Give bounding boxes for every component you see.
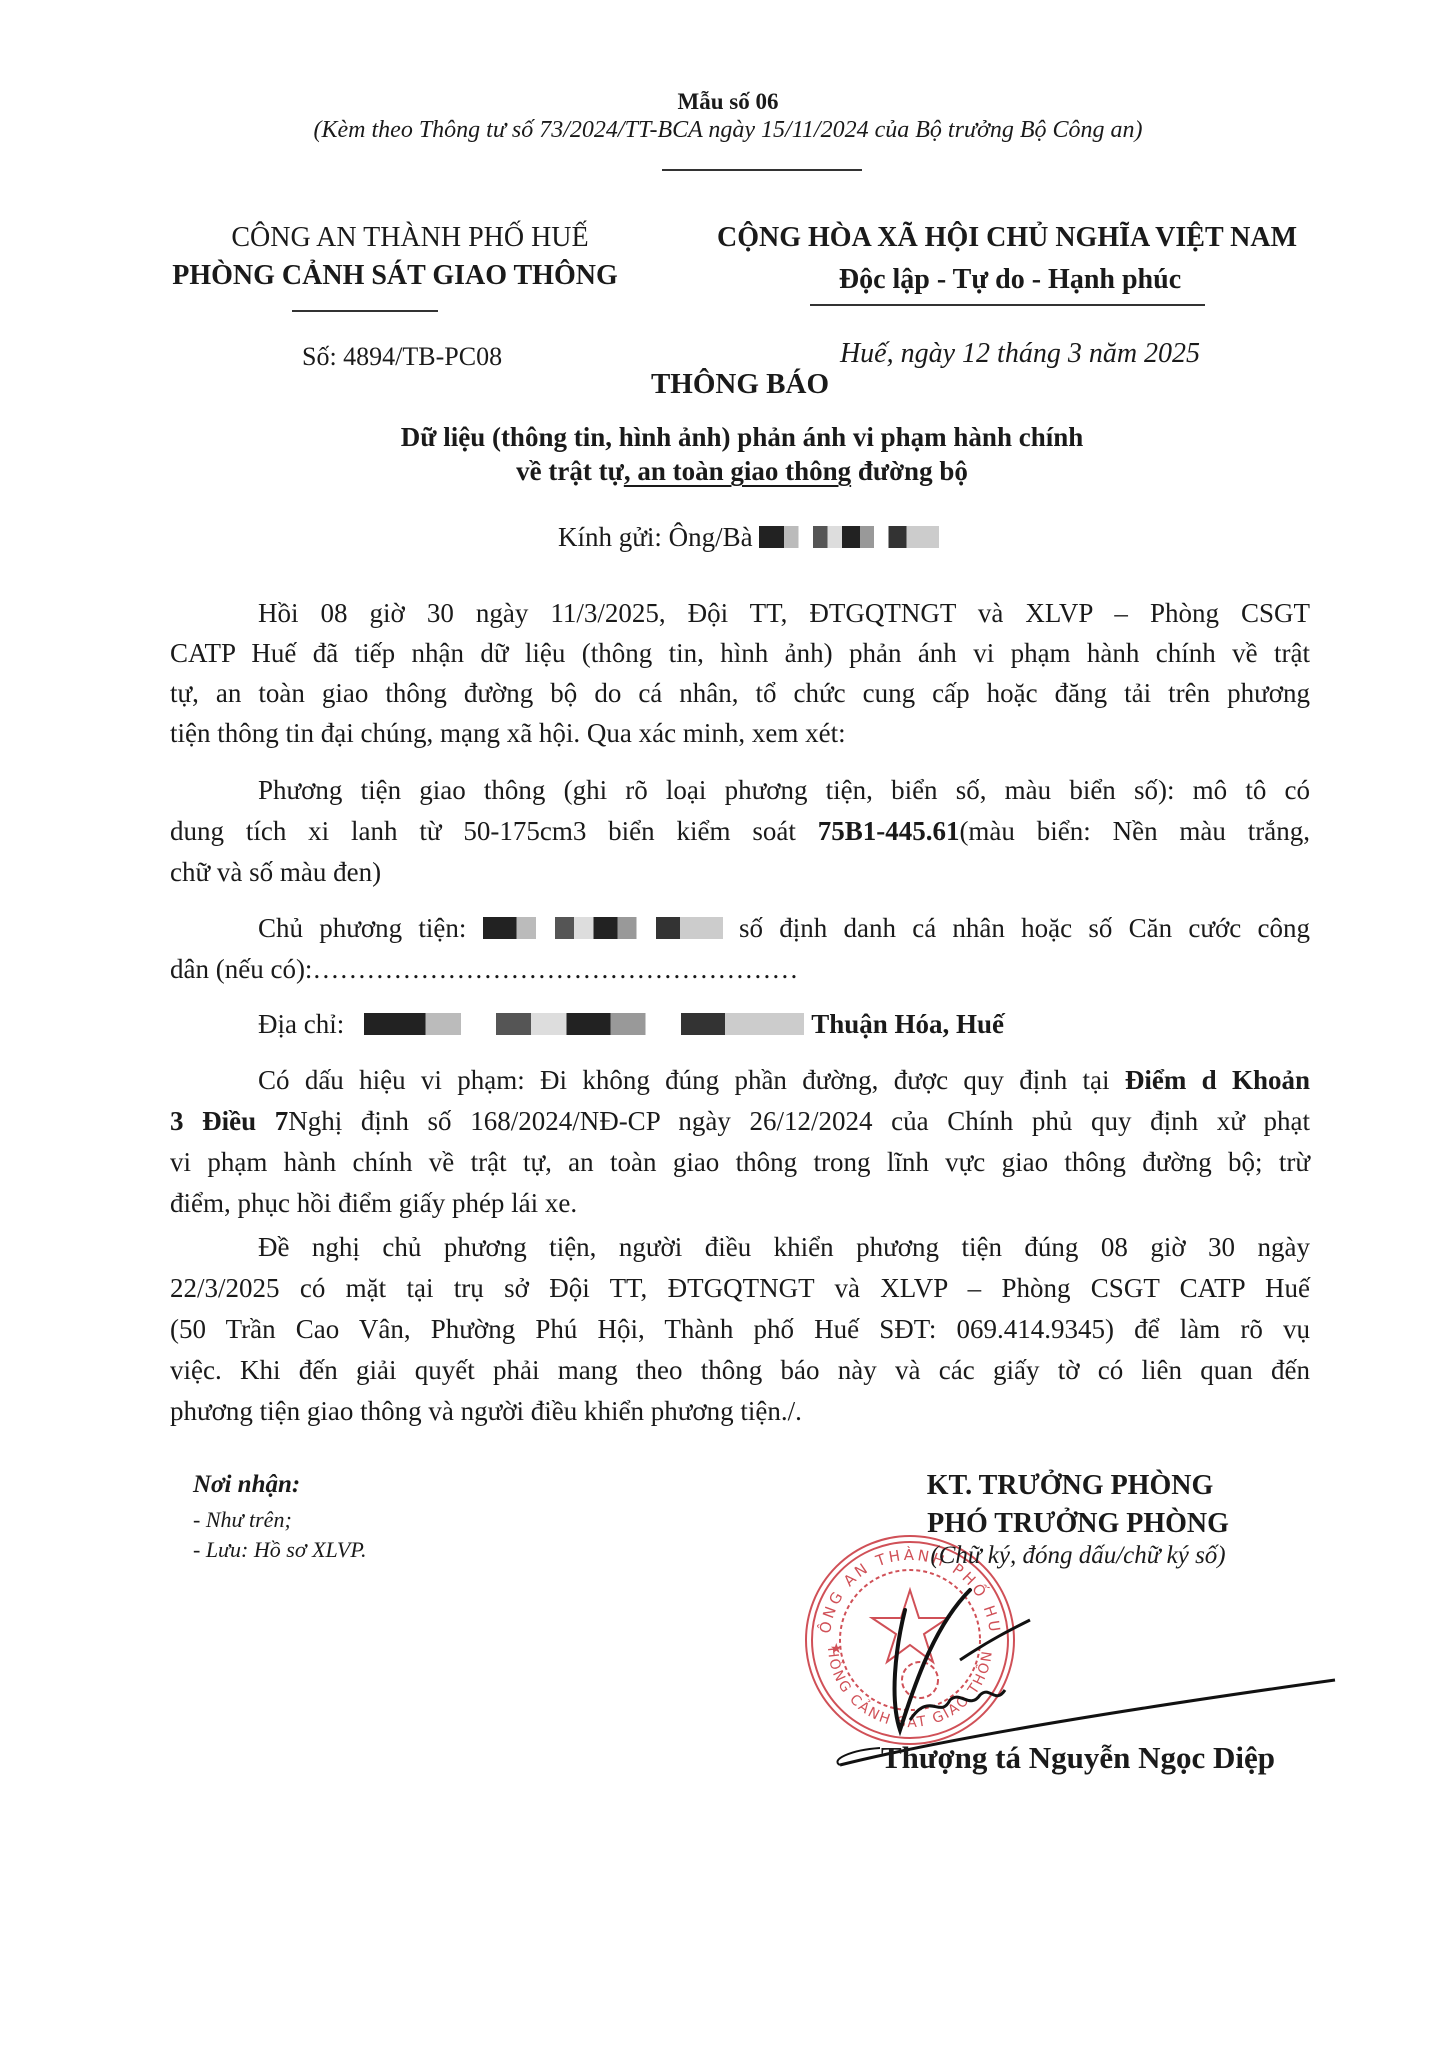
p3-line1: Chủ phương tiện: số định danh cá nhân ho… xyxy=(258,915,1310,942)
signer-position: PHÓ TRƯỞNG PHÒNG xyxy=(927,1510,1229,1538)
violation-text: Có dấu hiệu vi phạm: Đi không đúng phần … xyxy=(258,1065,1125,1095)
address-city: Thuận Hóa, Huế xyxy=(811,1009,1004,1039)
redacted-address xyxy=(364,1013,804,1035)
decree-text: Nghị định số 168/2024/NĐ-CP ngày 26/12/2… xyxy=(288,1106,1310,1136)
owner-id-label: số định danh cá nhân hoặc số Căn cước cô… xyxy=(739,913,1310,943)
motto-divider xyxy=(810,304,1205,306)
p5-line2: 3 Điều 7Nghị định số 168/2024/NĐ-CP ngày… xyxy=(170,1108,1310,1135)
violation-article: 3 Điều 7 xyxy=(170,1106,288,1136)
notice-subtitle-line2: về trật tự, an toàn giao thông đường bộ xyxy=(516,458,968,485)
p1-line4: tiện thông tin đại chúng, mạng xã hội. Q… xyxy=(170,720,1310,747)
signature-note: (Chữ ký, đóng dấu/chữ ký số) xyxy=(930,1543,1225,1568)
p2-text: dung tích xi lanh từ 50-175cm3 biển kiểm… xyxy=(170,816,818,846)
signer-authority: KT. TRƯỞNG PHÒNG xyxy=(927,1472,1214,1500)
p6-line5: phương tiện giao thông và người điều khi… xyxy=(170,1398,1310,1425)
p2-line3: chữ và số màu đen) xyxy=(170,859,1310,886)
p6-line2: 22/3/2025 có mặt tại trụ sở Đội TT, ĐTGQ… xyxy=(170,1275,1310,1302)
notice-subtitle-line1: Dữ liệu (thông tin, hình ảnh) phản ánh v… xyxy=(401,424,1084,451)
place-date: Huế, ngày 12 tháng 3 năm 2025 xyxy=(840,340,1200,368)
subtitle-pre: về trật tự xyxy=(516,456,624,486)
redacted-owner-name xyxy=(483,917,723,939)
agency-parent: CÔNG AN THÀNH PHỐ HUẾ xyxy=(231,224,588,252)
agency-divider xyxy=(292,310,438,312)
p6-line4: việc. Khi đến giải quyết phải mang theo … xyxy=(170,1357,1310,1384)
p2-line2: dung tích xi lanh từ 50-175cm3 biển kiểm… xyxy=(170,818,1310,845)
p5-line4: điểm, phục hồi điểm giấy phép lái xe. xyxy=(170,1190,1310,1217)
p5-line1: Có dấu hiệu vi phạm: Đi không đúng phần … xyxy=(258,1067,1310,1094)
redacted-recipient-name xyxy=(759,526,939,548)
p1-line3: tự, an toàn giao thông đường bộ do cá nh… xyxy=(170,680,1310,707)
recipients-title: Nơi nhận: xyxy=(193,1472,300,1497)
p1-line1: Hồi 08 giờ 30 ngày 11/3/2025, Đội TT, ĐT… xyxy=(258,600,1310,627)
violation-clause: Điểm d Khoản xyxy=(1125,1065,1310,1095)
signer-name: Thượng tá Nguyễn Ngọc Diệp xyxy=(881,1742,1275,1773)
agency-name: PHÒNG CẢNH SÁT GIAO THÔNG xyxy=(172,262,617,290)
doc-number: Số: 4894/TB-PC08 xyxy=(302,344,502,370)
p5-line3: vi phạm hành chính về trật tự, an toàn g… xyxy=(170,1149,1310,1176)
form-number: Mẫu số 06 xyxy=(678,90,779,113)
recipient-label: Kính gửi: Ông/Bà xyxy=(558,522,753,552)
form-divider xyxy=(662,169,862,171)
p4-line1: Địa chỉ: Thuận Hóa, Huế xyxy=(258,1011,1310,1038)
p2-line1: Phương tiện giao thông (ghi rõ loại phươ… xyxy=(258,777,1310,804)
license-plate: 75B1-445.61 xyxy=(818,816,960,846)
recipient-line: Kính gửi: Ông/Bà xyxy=(558,524,939,551)
p6-line3: (50 Trần Cao Vân, Phường Phú Hội, Thành … xyxy=(170,1316,1310,1343)
country-name: CỘNG HÒA XÃ HỘI CHỦ NGHĨA VIỆT NAM xyxy=(717,224,1297,252)
address-label: Địa chỉ: xyxy=(258,1009,344,1039)
recipient-item: - Lưu: Hồ sơ XLVP. xyxy=(193,1539,366,1561)
p6-line1: Đề nghị chủ phương tiện, người điều khiể… xyxy=(258,1234,1310,1261)
recipient-item: - Như trên; xyxy=(193,1509,292,1531)
p3-line2: dân (nếu có):……………………………………………… xyxy=(170,956,1310,983)
p1-line2: CATP Huế đã tiếp nhận dữ liệu (thông tin… xyxy=(170,640,1310,667)
subtitle-post: đường bộ xyxy=(851,456,968,486)
motto: Độc lập - Tự do - Hạnh phúc xyxy=(839,266,1181,294)
owner-label: Chủ phương tiện: xyxy=(258,913,466,943)
p2-text-post: (màu biển: Nền màu trắng, xyxy=(959,816,1310,846)
subtitle-underlined: , an toàn giao thông xyxy=(624,456,851,486)
notice-title: THÔNG BÁO xyxy=(651,370,829,399)
form-reference: (Kèm theo Thông tư số 73/2024/TT-BCA ngà… xyxy=(314,118,1143,142)
